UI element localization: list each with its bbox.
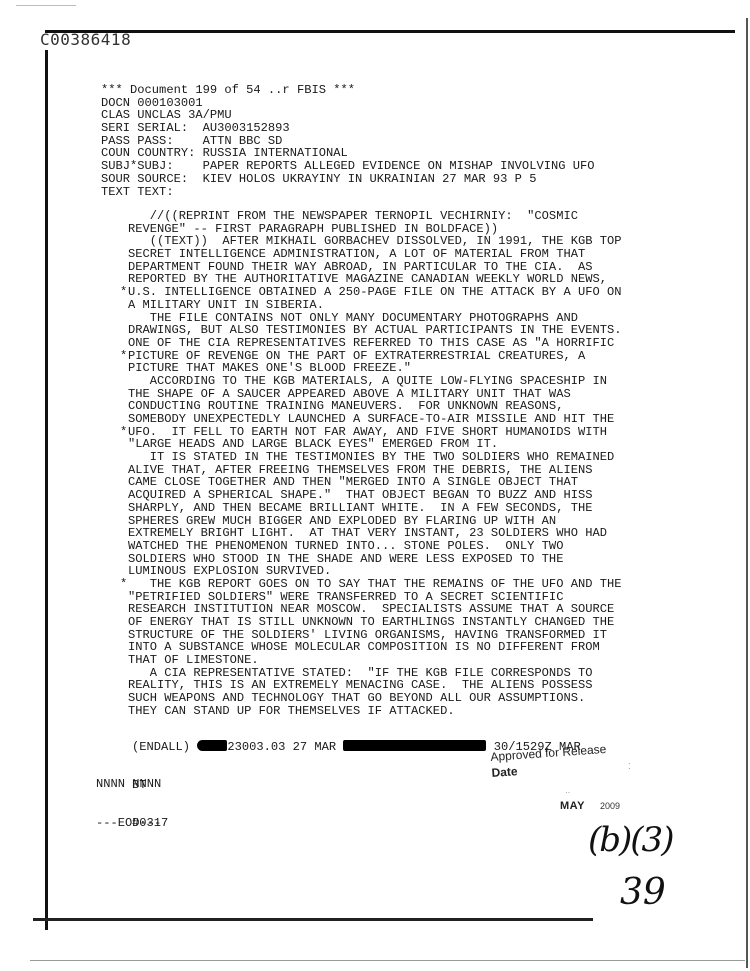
asterisk-marker: * [120,286,127,299]
top-border-rule [45,30,735,33]
header-line: SERI SERIAL: AU3003152893 [101,122,595,135]
handwritten-page-number: 39 [620,872,666,913]
scan-artifact-line [16,5,76,6]
scan-speck: ·· [565,788,570,797]
end-of-document-marker: NNNN NNNN ---EOD--- [96,753,161,855]
asterisk-marker: * [120,350,127,363]
release-year: 2009 [600,801,620,811]
handwritten-exemption-code: (b)(3) [588,820,672,860]
eod-line: ---EOD--- [96,817,161,830]
release-month: MAY [560,800,585,812]
scan-speck: ⁚ [628,762,631,771]
message-number: #0317 [132,817,581,830]
redaction-box [197,740,227,751]
header-line: SOUR SOURCE: KIEV HOLOS UKRAYINY IN UKRA… [101,173,595,186]
right-border-rule [746,18,748,968]
document-control-number: C00386418 [40,30,131,49]
bottom-border-rule [33,918,593,921]
header-line: TEXT TEXT: [101,186,595,199]
message-body: //((REPRINT FROM THE NEWSPAPER TERNOPIL … [128,210,622,718]
bottom-scan-edge [30,960,745,961]
header-line: SUBJ*SUBJ: PAPER REPORTS ALLEGED EVIDENC… [101,160,595,173]
document-page: C00386418 *** Document 199 of 54 ..r FBI… [0,0,750,971]
bt-line: BT [132,779,581,792]
message-footer: (ENDALL) 23003.03 27 MAR 30/1529Z MAR BT… [132,715,581,855]
left-border-rule [45,50,48,930]
nnnn-line: NNNN NNNN [96,778,161,791]
asterisk-marker: * [120,578,127,591]
endall-date: 23003.03 27 MAR [227,740,343,754]
message-header: *** Document 199 of 54 ..r FBIS ***DOCN … [101,84,595,198]
redaction-box [343,740,486,751]
asterisk-marker: * [120,426,127,439]
header-line: *** Document 199 of 54 ..r FBIS *** [101,84,595,97]
